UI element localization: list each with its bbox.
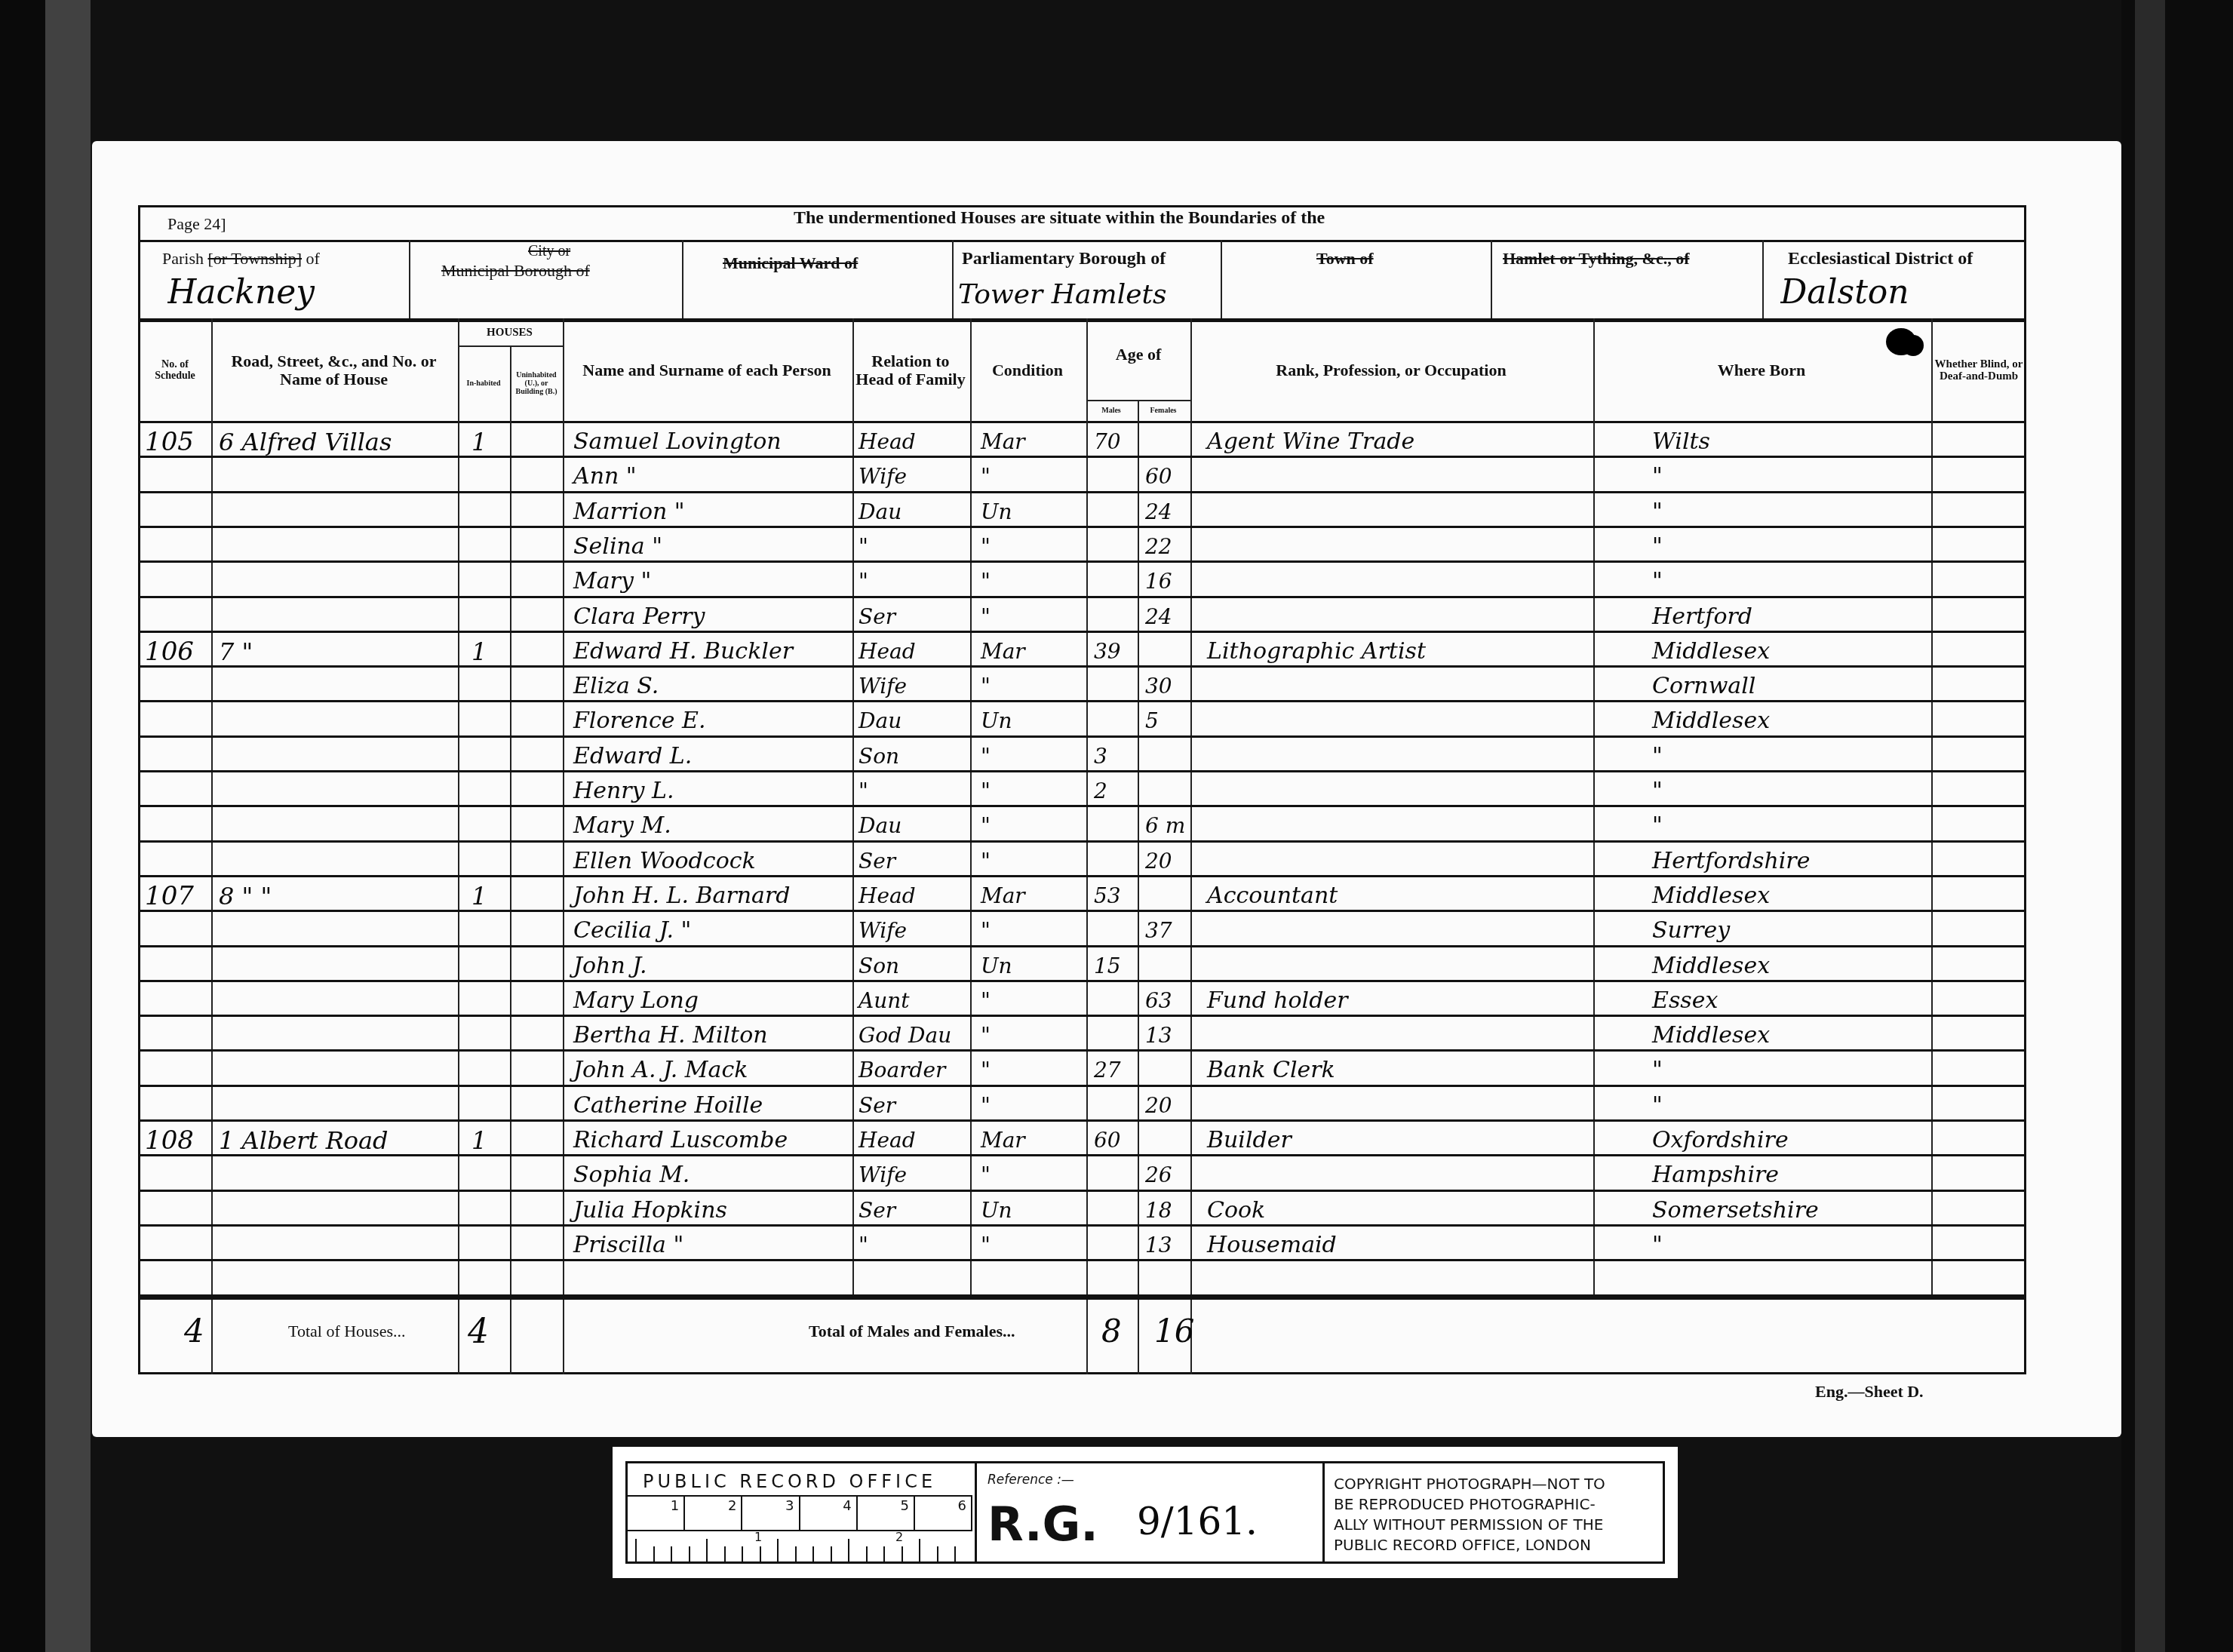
ruler-tick bbox=[866, 1546, 868, 1561]
cell-occupation: Builder bbox=[1207, 1121, 1590, 1156]
cell-male-age: 2 bbox=[1094, 772, 1136, 806]
cell-female-age: 16 bbox=[1145, 562, 1189, 597]
col-condition: Condition bbox=[970, 321, 1085, 419]
cell-condition: " bbox=[981, 981, 1083, 1016]
pro-stamp: PUBLIC RECORD OFFICE 123456 1 2 Referenc… bbox=[613, 1447, 1678, 1578]
cell-schedule bbox=[145, 1016, 210, 1051]
cell-uninhabited bbox=[518, 1260, 560, 1295]
reference-number: 9/161. bbox=[1137, 1500, 1258, 1543]
cell-relation: " bbox=[858, 1226, 969, 1260]
cell-address bbox=[219, 1191, 454, 1226]
ruler-tick bbox=[831, 1546, 832, 1561]
ruler-tick bbox=[742, 1546, 743, 1561]
cell-female-age: 20 bbox=[1145, 842, 1189, 877]
cell-condition: " bbox=[981, 842, 1083, 877]
cell-where-born: " bbox=[1652, 772, 1928, 806]
form-heading: The undermentioned Houses are situate wi… bbox=[794, 208, 1325, 229]
cell-where-born: Surrey bbox=[1652, 911, 1928, 946]
cell-address bbox=[219, 527, 454, 562]
cell-inhabited bbox=[471, 737, 508, 772]
cell-female-age bbox=[1145, 632, 1189, 667]
pro-office-label: PUBLIC RECORD OFFICE bbox=[643, 1471, 936, 1492]
cell-schedule bbox=[145, 702, 210, 736]
cell-male-age bbox=[1094, 667, 1136, 702]
cell-schedule bbox=[145, 1051, 210, 1085]
cell-occupation: Bank Clerk bbox=[1207, 1051, 1590, 1085]
cell-uninhabited bbox=[518, 806, 560, 841]
cell-address bbox=[219, 1260, 454, 1295]
cell-inhabited bbox=[471, 947, 508, 981]
cell-condition: " bbox=[981, 737, 1083, 772]
cell-inhabited bbox=[471, 667, 508, 702]
loc-city-label: City or bbox=[528, 243, 570, 260]
cell-name: Florence E. bbox=[573, 702, 849, 736]
cell-inhabited bbox=[471, 1016, 508, 1051]
ruler-tick bbox=[689, 1546, 690, 1561]
cell-address: 1 Albert Road bbox=[219, 1121, 454, 1156]
cell-blind bbox=[1939, 562, 2022, 597]
cell-occupation bbox=[1207, 1260, 1590, 1295]
cell-occupation: Housemaid bbox=[1207, 1226, 1590, 1260]
cell-uninhabited bbox=[518, 422, 560, 457]
col-line bbox=[1138, 400, 1139, 1374]
cell-inhabited: 1 bbox=[471, 1121, 508, 1156]
cell-address bbox=[219, 457, 454, 492]
cell-male-age bbox=[1094, 806, 1136, 841]
ruler-tick bbox=[760, 1546, 761, 1561]
cell-blind bbox=[1939, 1051, 2022, 1085]
cell-name: Julia Hopkins bbox=[573, 1191, 849, 1226]
cell-male-age: 39 bbox=[1094, 632, 1136, 667]
cell-uninhabited bbox=[518, 457, 560, 492]
cell-male-age bbox=[1094, 1016, 1136, 1051]
cell-blind bbox=[1939, 1226, 2022, 1260]
cell-where-born: Middlesex bbox=[1652, 1016, 1928, 1051]
cell-uninhabited bbox=[518, 1121, 560, 1156]
cell-occupation bbox=[1207, 597, 1590, 632]
cell-female-age: 60 bbox=[1145, 457, 1189, 492]
cell-name: Mary Long bbox=[573, 981, 849, 1016]
cell-condition: Mar bbox=[981, 422, 1083, 457]
cell-uninhabited bbox=[518, 1086, 560, 1121]
ruler-bottom: 1 2 bbox=[628, 1530, 972, 1561]
cell-schedule bbox=[145, 527, 210, 562]
cell-where-born: " bbox=[1652, 562, 1928, 597]
col-houses-group: HOUSES bbox=[458, 321, 561, 344]
col-name: Name and Surname of each Person bbox=[563, 321, 851, 419]
divider-totals bbox=[138, 1296, 2026, 1300]
cell-where-born: " bbox=[1652, 1051, 1928, 1085]
cell-inhabited: 1 bbox=[471, 877, 508, 911]
cell-name: Ellen Woodcock bbox=[573, 842, 849, 877]
col-schedule: No. of Schedule bbox=[140, 321, 210, 419]
cell-condition: " bbox=[981, 457, 1083, 492]
cell-name: Eliza S. bbox=[573, 667, 849, 702]
cell-female-age bbox=[1145, 1121, 1189, 1156]
cell-male-age bbox=[1094, 842, 1136, 877]
cell-female-age bbox=[1145, 772, 1189, 806]
cell-condition: " bbox=[981, 1086, 1083, 1121]
cell-inhabited bbox=[471, 1156, 508, 1190]
cell-female-age bbox=[1145, 947, 1189, 981]
col-inhabited: In-habited bbox=[458, 347, 509, 419]
cell-where-born: Hampshire bbox=[1652, 1156, 1928, 1190]
cell-male-age bbox=[1094, 1226, 1136, 1260]
col-line bbox=[1190, 318, 1192, 1374]
cell-name: Richard Luscombe bbox=[573, 1121, 849, 1156]
cell-where-born: " bbox=[1652, 493, 1928, 527]
cell-relation: God Dau bbox=[858, 1016, 969, 1051]
cell-where-born: Middlesex bbox=[1652, 702, 1928, 736]
cell-relation: Ser bbox=[858, 1191, 969, 1226]
cell-female-age: 18 bbox=[1145, 1191, 1189, 1226]
col-uninhabited: Uninhabited (U.), or Building (B.) bbox=[511, 347, 562, 419]
cell-occupation bbox=[1207, 493, 1590, 527]
cell-where-born: " bbox=[1652, 1226, 1928, 1260]
sheet-code: Eng.—Sheet D. bbox=[1815, 1382, 1924, 1402]
loc-divider bbox=[409, 240, 410, 318]
film-edge-right-stripe bbox=[2135, 0, 2165, 1652]
ruler-mark-2: 2 bbox=[895, 1530, 903, 1544]
cell-blind bbox=[1939, 981, 2022, 1016]
cell-name: Samuel Lovington bbox=[573, 422, 849, 457]
cell-address bbox=[219, 1051, 454, 1085]
film-edge-left-highlight bbox=[45, 0, 91, 1652]
cell-female-age: 13 bbox=[1145, 1016, 1189, 1051]
cell-blind bbox=[1939, 772, 2022, 806]
cell-blind bbox=[1939, 457, 2022, 492]
cell-where-born: Middlesex bbox=[1652, 877, 1928, 911]
cell-male-age bbox=[1094, 562, 1136, 597]
loc-ward-label: Municipal Ward of bbox=[723, 253, 858, 273]
ruler-tick bbox=[653, 1546, 655, 1561]
cell-male-age bbox=[1094, 981, 1136, 1016]
cell-name: John A. J. Mack bbox=[573, 1051, 849, 1085]
cell-address bbox=[219, 1016, 454, 1051]
cell-occupation bbox=[1207, 667, 1590, 702]
cell-condition: " bbox=[981, 597, 1083, 632]
ruler-tick bbox=[919, 1539, 920, 1561]
cell-address bbox=[219, 842, 454, 877]
loc-parl-borough-label: Parliamentary Borough of bbox=[962, 249, 1166, 269]
col-line bbox=[510, 345, 511, 1374]
cell-occupation bbox=[1207, 1016, 1590, 1051]
ruler-mark-1: 1 bbox=[754, 1530, 762, 1544]
cell-inhabited bbox=[471, 493, 508, 527]
cell-schedule bbox=[145, 493, 210, 527]
cell-where-born: Middlesex bbox=[1652, 632, 1928, 667]
cell-inhabited bbox=[471, 527, 508, 562]
cell-male-age: 3 bbox=[1094, 737, 1136, 772]
cell-occupation: Fund holder bbox=[1207, 981, 1590, 1016]
copyright-line: COPYRIGHT PHOTOGRAPH—NOT TO bbox=[1334, 1474, 1655, 1494]
cell-condition bbox=[981, 1260, 1083, 1295]
cell-blind bbox=[1939, 806, 2022, 841]
cell-address: 8 " " bbox=[219, 877, 454, 911]
cell-occupation bbox=[1207, 947, 1590, 981]
cell-blind bbox=[1939, 597, 2022, 632]
cell-schedule bbox=[145, 911, 210, 946]
ruler-tick bbox=[795, 1546, 797, 1561]
cell-occupation bbox=[1207, 562, 1590, 597]
cell-address bbox=[219, 1156, 454, 1190]
ruler-tick bbox=[635, 1539, 637, 1561]
cell-relation: Ser bbox=[858, 1086, 969, 1121]
cell-relation: Wife bbox=[858, 457, 969, 492]
cell-where-born: Wilts bbox=[1652, 422, 1928, 457]
cell-uninhabited bbox=[518, 632, 560, 667]
cell-name: Cecilia J. " bbox=[573, 911, 849, 946]
cell-uninhabited bbox=[518, 981, 560, 1016]
ruler-tick bbox=[937, 1546, 938, 1561]
ruler-cell: 5 bbox=[858, 1497, 915, 1530]
cell-schedule bbox=[145, 1156, 210, 1190]
cell-inhabited bbox=[471, 597, 508, 632]
cell-relation: Son bbox=[858, 947, 969, 981]
cell-blind bbox=[1939, 1121, 2022, 1156]
cell-female-age: 20 bbox=[1145, 1086, 1189, 1121]
cell-male-age: 70 bbox=[1094, 422, 1136, 457]
cell-uninhabited bbox=[518, 1226, 560, 1260]
cell-relation: Wife bbox=[858, 667, 969, 702]
cell-blind bbox=[1939, 1260, 2022, 1295]
cell-condition: " bbox=[981, 562, 1083, 597]
cell-relation: " bbox=[858, 527, 969, 562]
cell-condition: " bbox=[981, 1226, 1083, 1260]
cell-address: 6 Alfred Villas bbox=[219, 422, 454, 457]
cell-address bbox=[219, 1226, 454, 1260]
col-age-group: Age of bbox=[1086, 332, 1190, 377]
ruler-cell: 1 bbox=[628, 1497, 685, 1530]
ruler-tick bbox=[671, 1546, 672, 1561]
cell-inhabited bbox=[471, 1191, 508, 1226]
col-blind-deaf: Whether Blind, or Deaf-and-Dumb bbox=[1933, 321, 2025, 419]
cell-blind bbox=[1939, 1016, 2022, 1051]
cell-male-age bbox=[1094, 1260, 1136, 1295]
cell-occupation bbox=[1207, 911, 1590, 946]
cell-occupation bbox=[1207, 772, 1590, 806]
col-line bbox=[563, 318, 564, 1374]
cell-blind bbox=[1939, 632, 2022, 667]
copyright-line: BE REPRODUCED PHOTOGRAPHIC- bbox=[1334, 1494, 1655, 1515]
cell-inhabited bbox=[471, 1226, 508, 1260]
pro-copyright-block: COPYRIGHT PHOTOGRAPH—NOT TO BE REPRODUCE… bbox=[1325, 1463, 1663, 1561]
cell-name: Henry L. bbox=[573, 772, 849, 806]
cell-address bbox=[219, 981, 454, 1016]
cell-condition: Un bbox=[981, 1191, 1083, 1226]
cell-address bbox=[219, 772, 454, 806]
cell-uninhabited bbox=[518, 493, 560, 527]
cell-blind bbox=[1939, 493, 2022, 527]
ruler-tick bbox=[812, 1546, 814, 1561]
cell-relation: Dau bbox=[858, 806, 969, 841]
cell-schedule bbox=[145, 981, 210, 1016]
cell-where-born: " bbox=[1652, 457, 1928, 492]
cell-uninhabited bbox=[518, 667, 560, 702]
cell-condition: " bbox=[981, 772, 1083, 806]
ruler-top: 123456 bbox=[628, 1495, 972, 1531]
cell-name: John H. L. Barnard bbox=[573, 877, 849, 911]
cell-where-born: " bbox=[1652, 806, 1928, 841]
cell-name: Priscilla " bbox=[573, 1226, 849, 1260]
loc-town-label: Town of bbox=[1316, 249, 1374, 269]
loc-divider bbox=[1491, 240, 1492, 318]
cell-male-age bbox=[1094, 1156, 1136, 1190]
cell-inhabited: 1 bbox=[471, 422, 508, 457]
cell-inhabited bbox=[471, 842, 508, 877]
cell-address: 7 " bbox=[219, 632, 454, 667]
cell-where-born: " bbox=[1652, 527, 1928, 562]
cell-schedule bbox=[145, 562, 210, 597]
ruler-cell: 6 bbox=[915, 1497, 972, 1530]
col-line bbox=[1593, 318, 1595, 1297]
ruler-cell: 4 bbox=[800, 1497, 858, 1530]
cell-blind bbox=[1939, 1191, 2022, 1226]
cell-female-age: 6 m bbox=[1145, 806, 1189, 841]
cell-name: Ann " bbox=[573, 457, 849, 492]
cell-uninhabited bbox=[518, 1016, 560, 1051]
cell-relation: Head bbox=[858, 1121, 969, 1156]
cell-condition: Un bbox=[981, 702, 1083, 736]
cell-schedule bbox=[145, 947, 210, 981]
cell-female-age: 22 bbox=[1145, 527, 1189, 562]
cell-occupation: Cook bbox=[1207, 1191, 1590, 1226]
cell-male-age bbox=[1094, 911, 1136, 946]
cell-female-age: 24 bbox=[1145, 493, 1189, 527]
cell-female-age: 24 bbox=[1145, 597, 1189, 632]
cell-schedule bbox=[145, 597, 210, 632]
cell-blind bbox=[1939, 877, 2022, 911]
cell-uninhabited bbox=[518, 702, 560, 736]
cell-uninhabited bbox=[518, 737, 560, 772]
cell-occupation bbox=[1207, 806, 1590, 841]
cell-schedule: 105 bbox=[145, 422, 210, 457]
cell-inhabited bbox=[471, 1051, 508, 1085]
cell-occupation bbox=[1207, 1156, 1590, 1190]
cell-female-age bbox=[1145, 737, 1189, 772]
cell-condition: Mar bbox=[981, 1121, 1083, 1156]
cell-relation: Ser bbox=[858, 842, 969, 877]
loc-parl-borough-value: Tower Hamlets bbox=[958, 279, 1166, 310]
cell-name: Marrion " bbox=[573, 493, 849, 527]
cell-schedule bbox=[145, 667, 210, 702]
cell-relation: Son bbox=[858, 737, 969, 772]
cell-occupation: Accountant bbox=[1207, 877, 1590, 911]
cell-blind bbox=[1939, 702, 2022, 736]
cell-female-age: 63 bbox=[1145, 981, 1189, 1016]
cell-blind bbox=[1939, 422, 2022, 457]
film-edge-left bbox=[0, 0, 45, 1652]
cell-where-born: Somersetshire bbox=[1652, 1191, 1928, 1226]
cell-schedule: 108 bbox=[145, 1121, 210, 1156]
cell-occupation bbox=[1207, 527, 1590, 562]
cell-blind bbox=[1939, 911, 2022, 946]
col-line bbox=[852, 318, 854, 1297]
cell-female-age: 13 bbox=[1145, 1226, 1189, 1260]
cell-uninhabited bbox=[518, 911, 560, 946]
cell-inhabited bbox=[471, 806, 508, 841]
cell-where-born bbox=[1652, 1260, 1928, 1295]
cell-relation: Aunt bbox=[858, 981, 969, 1016]
total-males: 8 bbox=[1101, 1313, 1122, 1350]
cell-male-age bbox=[1094, 1191, 1136, 1226]
cell-address bbox=[219, 667, 454, 702]
cell-uninhabited bbox=[518, 877, 560, 911]
ruler-tick bbox=[901, 1546, 903, 1561]
ruler-tick bbox=[724, 1546, 726, 1561]
cell-address bbox=[219, 702, 454, 736]
cell-inhabited bbox=[471, 702, 508, 736]
col-males: Males bbox=[1086, 401, 1136, 419]
cell-uninhabited bbox=[518, 527, 560, 562]
cell-occupation bbox=[1207, 702, 1590, 736]
cell-condition: " bbox=[981, 1051, 1083, 1085]
cell-relation: Wife bbox=[858, 911, 969, 946]
cell-uninhabited bbox=[518, 947, 560, 981]
cell-where-born: " bbox=[1652, 1086, 1928, 1121]
cell-relation: Wife bbox=[858, 1156, 969, 1190]
total-houses-value: 4 bbox=[468, 1313, 489, 1351]
cell-name: Edward H. Buckler bbox=[573, 632, 849, 667]
cell-uninhabited bbox=[518, 1191, 560, 1226]
cell-inhabited bbox=[471, 562, 508, 597]
cell-male-age: 27 bbox=[1094, 1051, 1136, 1085]
ruler-tick bbox=[777, 1539, 779, 1561]
reference-prefix: R.G. bbox=[987, 1497, 1098, 1552]
cell-name: Selina " bbox=[573, 527, 849, 562]
cell-blind bbox=[1939, 527, 2022, 562]
col-line bbox=[458, 318, 459, 1374]
cell-condition: " bbox=[981, 527, 1083, 562]
cell-where-born: " bbox=[1652, 737, 1928, 772]
reference-label: Reference :— bbox=[987, 1472, 1074, 1488]
cell-name: Bertha H. Milton bbox=[573, 1016, 849, 1051]
cell-name: Mary " bbox=[573, 562, 849, 597]
cell-where-born: Hertfordshire bbox=[1652, 842, 1928, 877]
col-line bbox=[1931, 318, 1933, 1297]
cell-blind bbox=[1939, 667, 2022, 702]
cell-inhabited bbox=[471, 1086, 508, 1121]
cell-male-age: 60 bbox=[1094, 1121, 1136, 1156]
pro-reference-block: Reference :— R.G. 9/161. bbox=[977, 1463, 1325, 1561]
cell-male-age bbox=[1094, 493, 1136, 527]
loc-eccles-district-label: Ecclesiastical District of bbox=[1788, 249, 1973, 269]
cell-address bbox=[219, 947, 454, 981]
cell-schedule bbox=[145, 806, 210, 841]
cell-name bbox=[573, 1260, 849, 1295]
cell-inhabited bbox=[471, 981, 508, 1016]
cell-relation: Head bbox=[858, 877, 969, 911]
cell-address bbox=[219, 806, 454, 841]
cell-schedule bbox=[145, 1191, 210, 1226]
cell-schedule bbox=[145, 457, 210, 492]
cell-schedule bbox=[145, 1226, 210, 1260]
pro-ruler-block: PUBLIC RECORD OFFICE 123456 1 2 bbox=[628, 1463, 977, 1561]
cell-male-age: 15 bbox=[1094, 947, 1136, 981]
total-houses-label: Total of Houses... bbox=[288, 1322, 406, 1341]
copyright-line: PUBLIC RECORD OFFICE, LONDON bbox=[1334, 1535, 1655, 1555]
cell-female-age bbox=[1145, 1260, 1189, 1295]
total-schedules: 4 bbox=[184, 1313, 204, 1350]
ruler-tick bbox=[883, 1546, 885, 1561]
cell-inhabited: 1 bbox=[471, 632, 508, 667]
cell-female-age: 26 bbox=[1145, 1156, 1189, 1190]
cell-name: Edward L. bbox=[573, 737, 849, 772]
pro-stamp-frame: PUBLIC RECORD OFFICE 123456 1 2 Referenc… bbox=[625, 1461, 1665, 1564]
loc-parish-label: Parish [or Township] of bbox=[162, 249, 320, 269]
cell-male-age bbox=[1094, 527, 1136, 562]
cell-occupation: Lithographic Artist bbox=[1207, 632, 1590, 667]
